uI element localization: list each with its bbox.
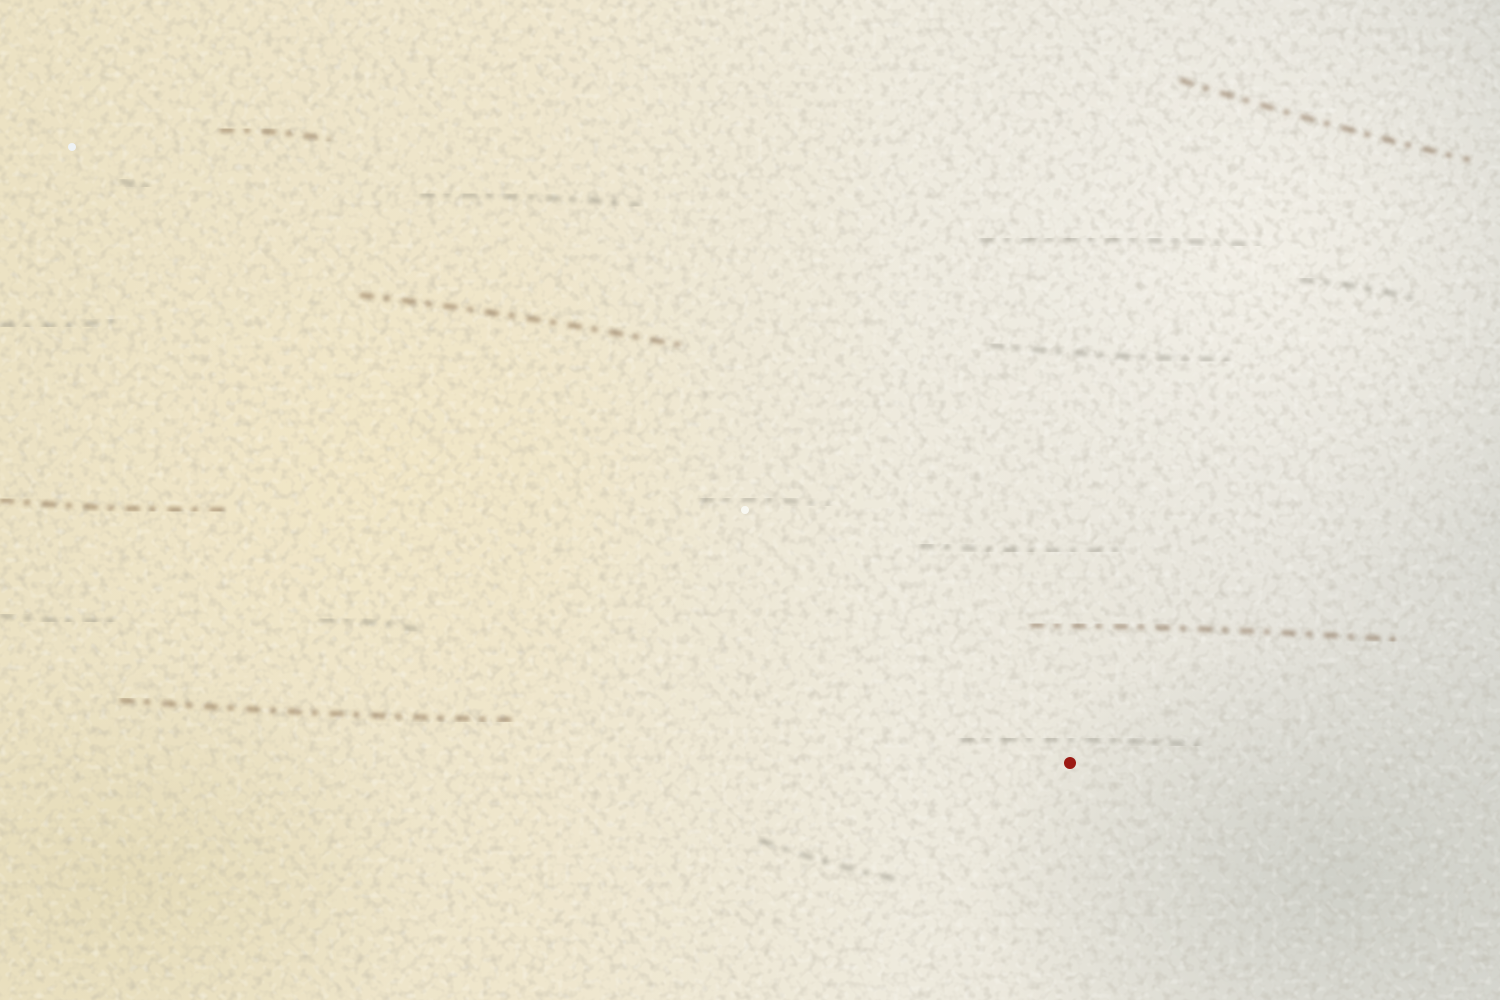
streak	[980, 239, 1260, 245]
streak	[360, 295, 680, 345]
streak	[120, 700, 520, 720]
streak	[1300, 280, 1420, 300]
streak	[760, 840, 900, 880]
streak	[920, 545, 1120, 551]
streak	[960, 739, 1200, 745]
streak	[420, 195, 640, 205]
streak	[700, 499, 830, 505]
fiber-fleck	[1064, 757, 1076, 769]
streak	[220, 130, 330, 140]
streak	[990, 345, 1240, 360]
streak	[320, 620, 420, 630]
streak	[0, 500, 230, 510]
streak	[120, 180, 160, 186]
fiber-fleck	[741, 506, 749, 514]
streak	[1030, 625, 1400, 640]
streak	[1180, 80, 1470, 160]
streak	[0, 320, 120, 326]
grey-streak-pattern	[0, 0, 1500, 1000]
fiber-fleck	[68, 143, 76, 151]
rug-texture-photo	[0, 0, 1500, 1000]
streak	[0, 615, 120, 621]
